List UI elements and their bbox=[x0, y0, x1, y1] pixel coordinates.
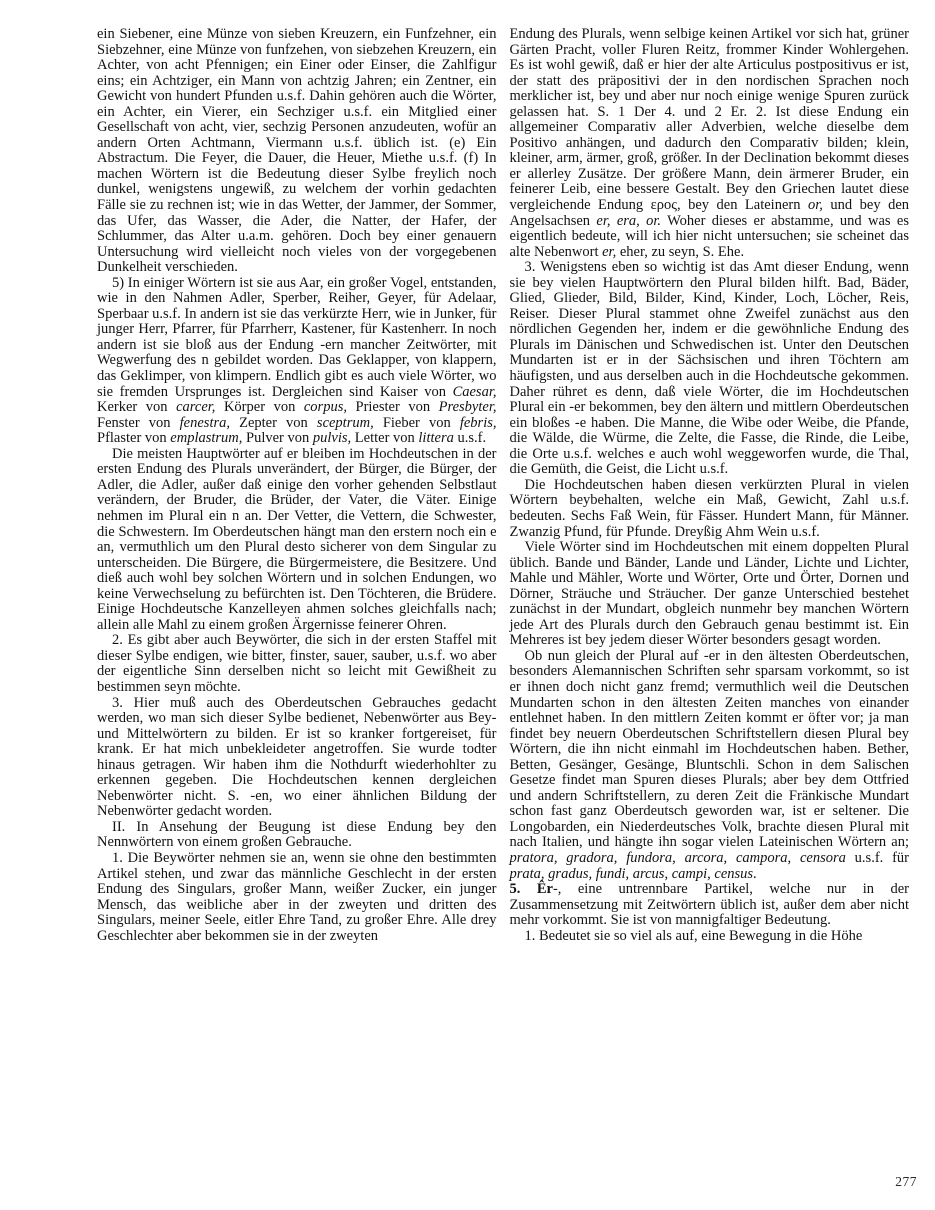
text-column-left: ein Siebener, eine Münze von sieben Kreu… bbox=[97, 27, 497, 944]
text-run: fenestra, bbox=[180, 415, 230, 431]
text-run: Viele Wörter sind im Hochdeutschen mit e… bbox=[510, 539, 910, 648]
text-run: littera bbox=[418, 430, 453, 446]
text-run: u.s.f. für bbox=[846, 850, 909, 866]
text-run: Caesar, bbox=[453, 384, 497, 400]
text-run: Pflaster von bbox=[97, 430, 170, 446]
text-run: 1. Die Beywörter nehmen sie an, wenn sie… bbox=[97, 850, 497, 944]
paragraph: 3. Hier muß auch des Oberdeutschen Gebra… bbox=[97, 696, 497, 820]
text-run: Priester von bbox=[347, 399, 439, 415]
text-run: 5) In einiger Wörtern ist sie aus Aar, e… bbox=[97, 275, 497, 400]
page-number: 277 bbox=[895, 1174, 917, 1190]
paragraph: Die meisten Hauptwörter auf er bleiben i… bbox=[97, 447, 497, 634]
paragraph: Ob nun gleich der Plural auf -er in den … bbox=[510, 649, 910, 882]
text-run: er, era, or. bbox=[596, 213, 661, 229]
paragraph: 5. Êr-, eine untrennbare Partikel, welch… bbox=[510, 882, 910, 929]
text-run: corpus, bbox=[304, 399, 347, 415]
paragraph: Viele Wörter sind im Hochdeutschen mit e… bbox=[510, 540, 910, 649]
paragraph: Endung des Plurals, wenn selbige keinen … bbox=[510, 27, 910, 260]
paragraph: 1. Die Beywörter nehmen sie an, wenn sie… bbox=[97, 851, 497, 944]
text-run: 2. Es gibt aber auch Beywörter, die sich… bbox=[97, 632, 497, 695]
paragraph: ein Siebener, eine Münze von sieben Kreu… bbox=[97, 27, 497, 276]
text-run: 5. Êr bbox=[510, 881, 553, 897]
text-run: II. In Ansehung der Beugung ist diese En… bbox=[97, 819, 497, 851]
text-run: Pulver von bbox=[242, 430, 312, 446]
text-run: 3. Hier muß auch des Oberdeutschen Gebra… bbox=[97, 695, 497, 820]
paragraph: 2. Es gibt aber auch Beywörter, die sich… bbox=[97, 633, 497, 695]
text-run: pulvis, bbox=[313, 430, 351, 446]
text-run: Letter von bbox=[351, 430, 418, 446]
text-column-right: Endung des Plurals, wenn selbige keinen … bbox=[510, 27, 910, 944]
text-run: carcer, bbox=[176, 399, 215, 415]
text-run: Fieber von bbox=[374, 415, 460, 431]
text-run: ein Siebener, eine Münze von sieben Kreu… bbox=[97, 26, 497, 275]
paragraph: Die Hochdeutschen haben diesen verkürzte… bbox=[510, 478, 910, 540]
text-run: prata, gradus, fundi, arcus, campi, cens… bbox=[510, 866, 754, 882]
paragraph: 3. Wenigstens eben so wichtig ist das Am… bbox=[510, 260, 910, 478]
paragraph: II. In Ansehung der Beugung ist diese En… bbox=[97, 820, 497, 851]
text-run: Kerker von bbox=[97, 399, 176, 415]
text-run: emplastrum, bbox=[170, 430, 242, 446]
text-run: 1. Bedeutet sie so viel als auf, eine Be… bbox=[525, 928, 863, 944]
text-run: pratora, gradora, fundora, arcora, campo… bbox=[510, 850, 846, 866]
text-run: or, bbox=[808, 197, 823, 213]
paragraph: 1. Bedeutet sie so viel als auf, eine Be… bbox=[510, 929, 910, 945]
text-run: Die meisten Hauptwörter auf er bleiben i… bbox=[97, 446, 497, 633]
text-run: Zepter von bbox=[230, 415, 317, 431]
text-run: Endung des Plurals, wenn selbige keinen … bbox=[510, 26, 910, 213]
dictionary-page: ein Siebener, eine Münze von sieben Kreu… bbox=[97, 27, 909, 944]
text-run: -, eine untrennbare Partikel, welche nur… bbox=[510, 881, 910, 928]
text-run: Presbyter, bbox=[439, 399, 497, 415]
text-run: Die Hochdeutschen haben diesen verkürzte… bbox=[510, 477, 910, 540]
text-run: Körper von bbox=[215, 399, 303, 415]
text-run: sceptrum, bbox=[317, 415, 374, 431]
text-run: febris, bbox=[460, 415, 497, 431]
text-run: Fenster von bbox=[97, 415, 180, 431]
two-column-text-block: ein Siebener, eine Münze von sieben Kreu… bbox=[97, 27, 909, 944]
paragraph: 5) In einiger Wörtern ist sie aus Aar, e… bbox=[97, 276, 497, 447]
text-run: u.s.f. bbox=[454, 430, 486, 446]
text-run: er, bbox=[602, 244, 616, 260]
text-run: Ob nun gleich der Plural auf -er in den … bbox=[510, 648, 910, 851]
text-run: 3. Wenigstens eben so wichtig ist das Am… bbox=[510, 259, 910, 477]
text-run: . bbox=[753, 866, 757, 882]
text-run: eher, zu seyn, S. Ehe. bbox=[616, 244, 744, 260]
